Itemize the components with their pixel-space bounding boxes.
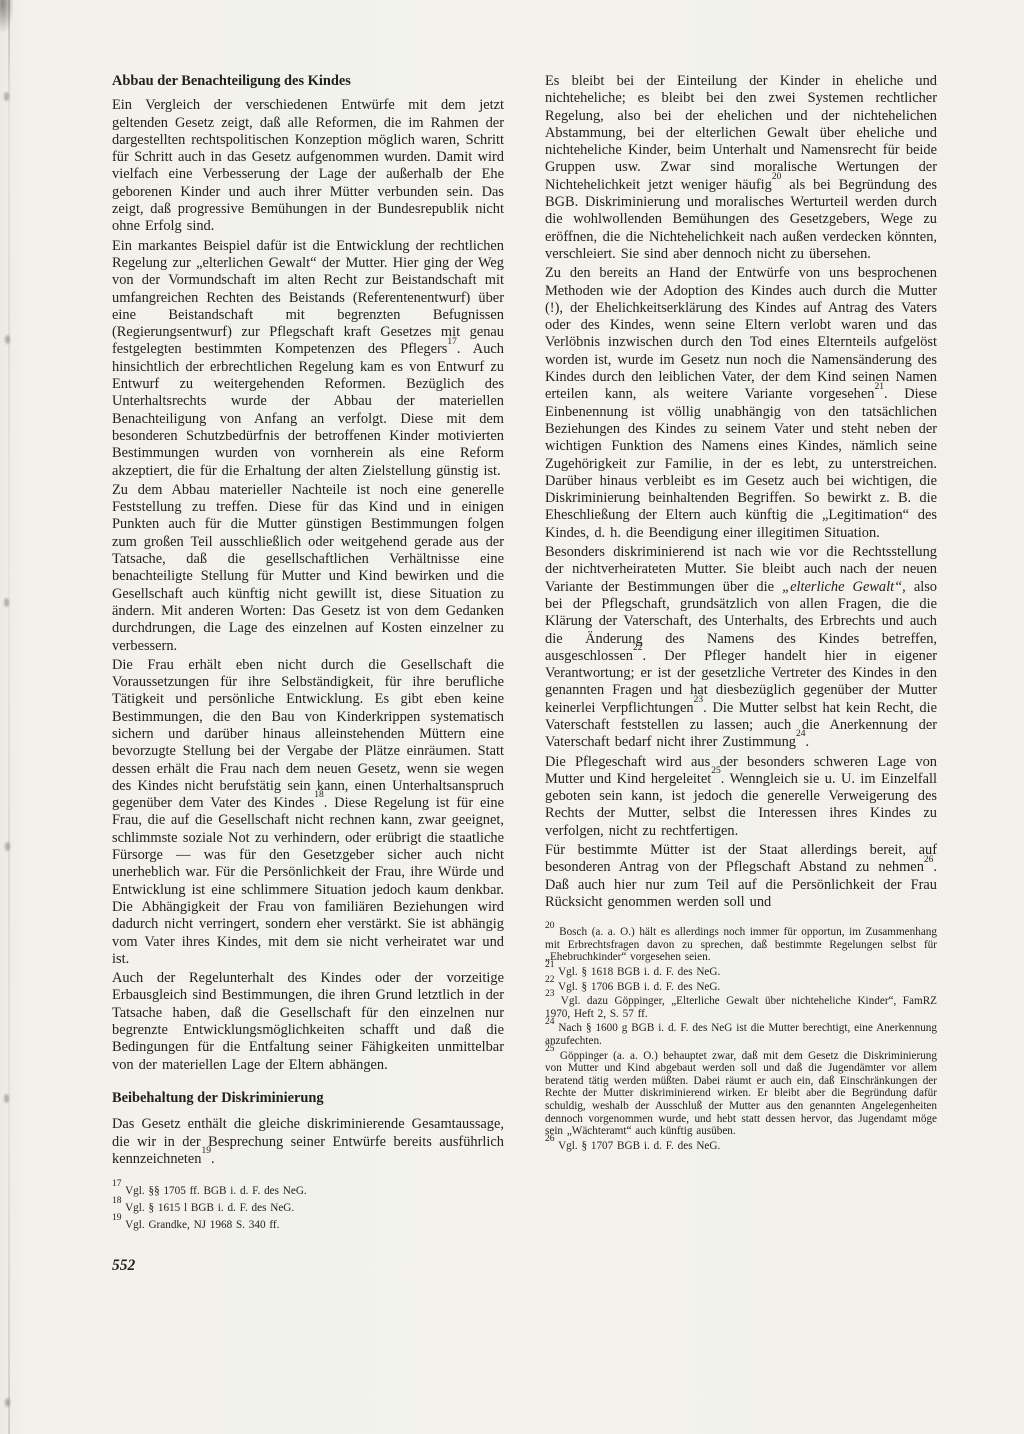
footnote-ref: 26 (924, 855, 934, 865)
body-paragraph: Die Frau erhält eben nicht durch die Ges… (112, 657, 504, 968)
footnote-marker: 19 (112, 1213, 122, 1223)
text-run: Die Frau erhält eben nicht durch die Ges… (112, 657, 504, 811)
text-run: Für bestimmte Mütter ist der Staat aller… (545, 842, 937, 875)
body-paragraph: Für bestimmte Mütter ist der Staat aller… (545, 842, 937, 911)
text-run: Beibehaltung der Diskriminierung (112, 1090, 324, 1106)
text-run: Ein Vergleich der verschiedenen Entwürfe… (112, 97, 504, 234)
body-paragraph: Es bleibt bei der Einteilung der Kinder … (545, 73, 937, 263)
text-run: Das Gesetz enthält die gleiche diskrimin… (112, 1116, 504, 1167)
text-run: . (805, 734, 809, 750)
page-number: 552 (112, 1257, 504, 1274)
footnote-marker: 21 (545, 960, 555, 970)
left-column-text: Abbau der Benachteiligung des KindesEin … (112, 73, 504, 1168)
right-column-text: Es bleibt bei der Einteilung der Kinder … (545, 73, 937, 911)
section-heading: Abbau der Benachteiligung des Kindes (112, 73, 504, 90)
footnote-ref: 19 (202, 1146, 212, 1156)
footnote-ref: 18 (314, 790, 324, 800)
footnote-marker: 17 (112, 1179, 122, 1189)
footnote-text: Vgl. § 1707 BGB i. d. F. des NeG. (555, 1140, 721, 1152)
text-run: Ein markantes Beispiel dafür ist die Ent… (112, 238, 504, 358)
scan-artifact-smudge (4, 1094, 9, 1103)
footnote: 26 Vgl. § 1707 BGB i. d. F. des NeG. (545, 1140, 937, 1153)
footnote: 21 Vgl. § 1618 BGB i. d. F. des NeG. (545, 966, 937, 979)
scan-artifact-smudge (5, 335, 10, 344)
scan-artifact-smudge (5, 1398, 10, 1407)
body-paragraph: Ein markantes Beispiel dafür ist die Ent… (112, 238, 504, 480)
scanned-journal-page: Abbau der Benachteiligung des KindesEin … (0, 0, 1024, 1434)
footnote-text: Bosch (a. a. O.) hält es allerdings noch… (545, 926, 937, 963)
body-paragraph: Zu den bereits an Hand der Entwürfe von … (545, 265, 937, 542)
footnote: 17 Vgl. §§ 1705 ff. BGB i. d. F. des NeG… (112, 1184, 504, 1199)
footnote-text: Vgl. § 1615 l BGB i. d. F. des NeG. (122, 1202, 295, 1214)
footnote-ref: 17 (447, 337, 457, 347)
footnote-ref: 24 (796, 729, 806, 739)
body-paragraph: Das Gesetz enthält die gleiche diskrimin… (112, 1116, 504, 1168)
footnote-ref: 23 (694, 695, 704, 705)
left-column-footnotes: 17 Vgl. §§ 1705 ff. BGB i. d. F. des NeG… (112, 1184, 504, 1233)
scan-artifact-smudge (4, 92, 9, 101)
text-run: . Diese Einbenennung ist völlig unabhäng… (545, 386, 937, 540)
footnote-ref: 22 (633, 643, 643, 653)
body-paragraph: Die Pflegeschaft wird aus der besonders … (545, 754, 937, 840)
section-heading: Beibehaltung der Diskriminierung (112, 1090, 504, 1107)
footnote: 25 Göppinger (a. a. O.) behauptet zwar, … (545, 1050, 937, 1138)
footnote-marker: 23 (545, 989, 555, 999)
right-column-footnotes: 20 Bosch (a. a. O.) hält es allerdings n… (545, 926, 937, 1152)
text-run: . (211, 1151, 215, 1167)
footnote-text: Vgl. § 1618 BGB i. d. F. des NeG. (555, 966, 721, 978)
text-run: Es bleibt bei der Einteilung der Kinder … (545, 73, 937, 193)
footnote-marker: 20 (545, 921, 555, 931)
footnote-marker: 25 (545, 1044, 555, 1054)
footnote-ref: 25 (711, 766, 721, 776)
emphasized-text: „elterliche Gewalt“ (782, 579, 902, 595)
text-run: . Auch hinsichtlich der erbrechtlichen R… (112, 341, 504, 478)
footnote: 23 Vgl. dazu Göppinger, „Elterliche Gewa… (545, 995, 937, 1020)
footnote-ref: 21 (874, 382, 884, 392)
footnote-ref: 20 (772, 172, 782, 182)
footnote-marker: 24 (545, 1017, 555, 1027)
footnote-marker: 18 (112, 1196, 122, 1206)
footnote-text: Vgl. dazu Göppinger, „Elterliche Gewalt … (545, 995, 937, 1020)
text-run: Auch der Regelunterhalt des Kindes oder … (112, 970, 504, 1072)
text-run: Abbau der Benachteiligung des Kindes (112, 73, 351, 89)
footnote-text: Vgl. Grandke, NJ 1968 S. 340 ff. (122, 1219, 280, 1231)
right-column: Es bleibt bei der Einteilung der Kinder … (545, 73, 937, 1154)
footnote: 18 Vgl. § 1615 l BGB i. d. F. des NeG. (112, 1201, 504, 1216)
footnote: 19 Vgl. Grandke, NJ 1968 S. 340 ff. (112, 1218, 504, 1233)
scan-artifact-smudge (5, 842, 10, 851)
scan-artifact-corner-smudge (0, 0, 14, 34)
footnote: 20 Bosch (a. a. O.) hält es allerdings n… (545, 926, 937, 964)
scan-artifact-left-edge (8, 0, 10, 1434)
footnote-marker: 22 (545, 975, 555, 985)
footnote-text: Nach § 1600 g BGB i. d. F. des NeG ist d… (545, 1022, 937, 1047)
scan-artifact-smudge (4, 598, 9, 607)
footnote: 22 Vgl. § 1706 BGB i. d. F. des NeG. (545, 981, 937, 994)
body-paragraph: Ein Vergleich der verschiedenen Entwürfe… (112, 97, 504, 235)
body-paragraph: Besonders diskriminierend ist nach wie v… (545, 544, 937, 752)
footnote-marker: 26 (545, 1134, 555, 1144)
body-paragraph: Zu dem Abbau materieller Nachteile ist n… (112, 482, 504, 655)
text-run: Zu dem Abbau materieller Nachteile ist n… (112, 482, 504, 654)
footnote-text: Vgl. § 1706 BGB i. d. F. des NeG. (555, 981, 721, 993)
footnote: 24 Nach § 1600 g BGB i. d. F. des NeG is… (545, 1022, 937, 1047)
text-run: . Diese Regelung ist für eine Frau, die … (112, 795, 504, 967)
footnote-text: Göppinger (a. a. O.) behauptet zwar, daß… (545, 1050, 937, 1138)
left-column: Abbau der Benachteiligung des KindesEin … (112, 73, 504, 1274)
footnote-text: Vgl. §§ 1705 ff. BGB i. d. F. des NeG. (122, 1185, 307, 1197)
body-paragraph: Auch der Regelunterhalt des Kindes oder … (112, 970, 504, 1074)
